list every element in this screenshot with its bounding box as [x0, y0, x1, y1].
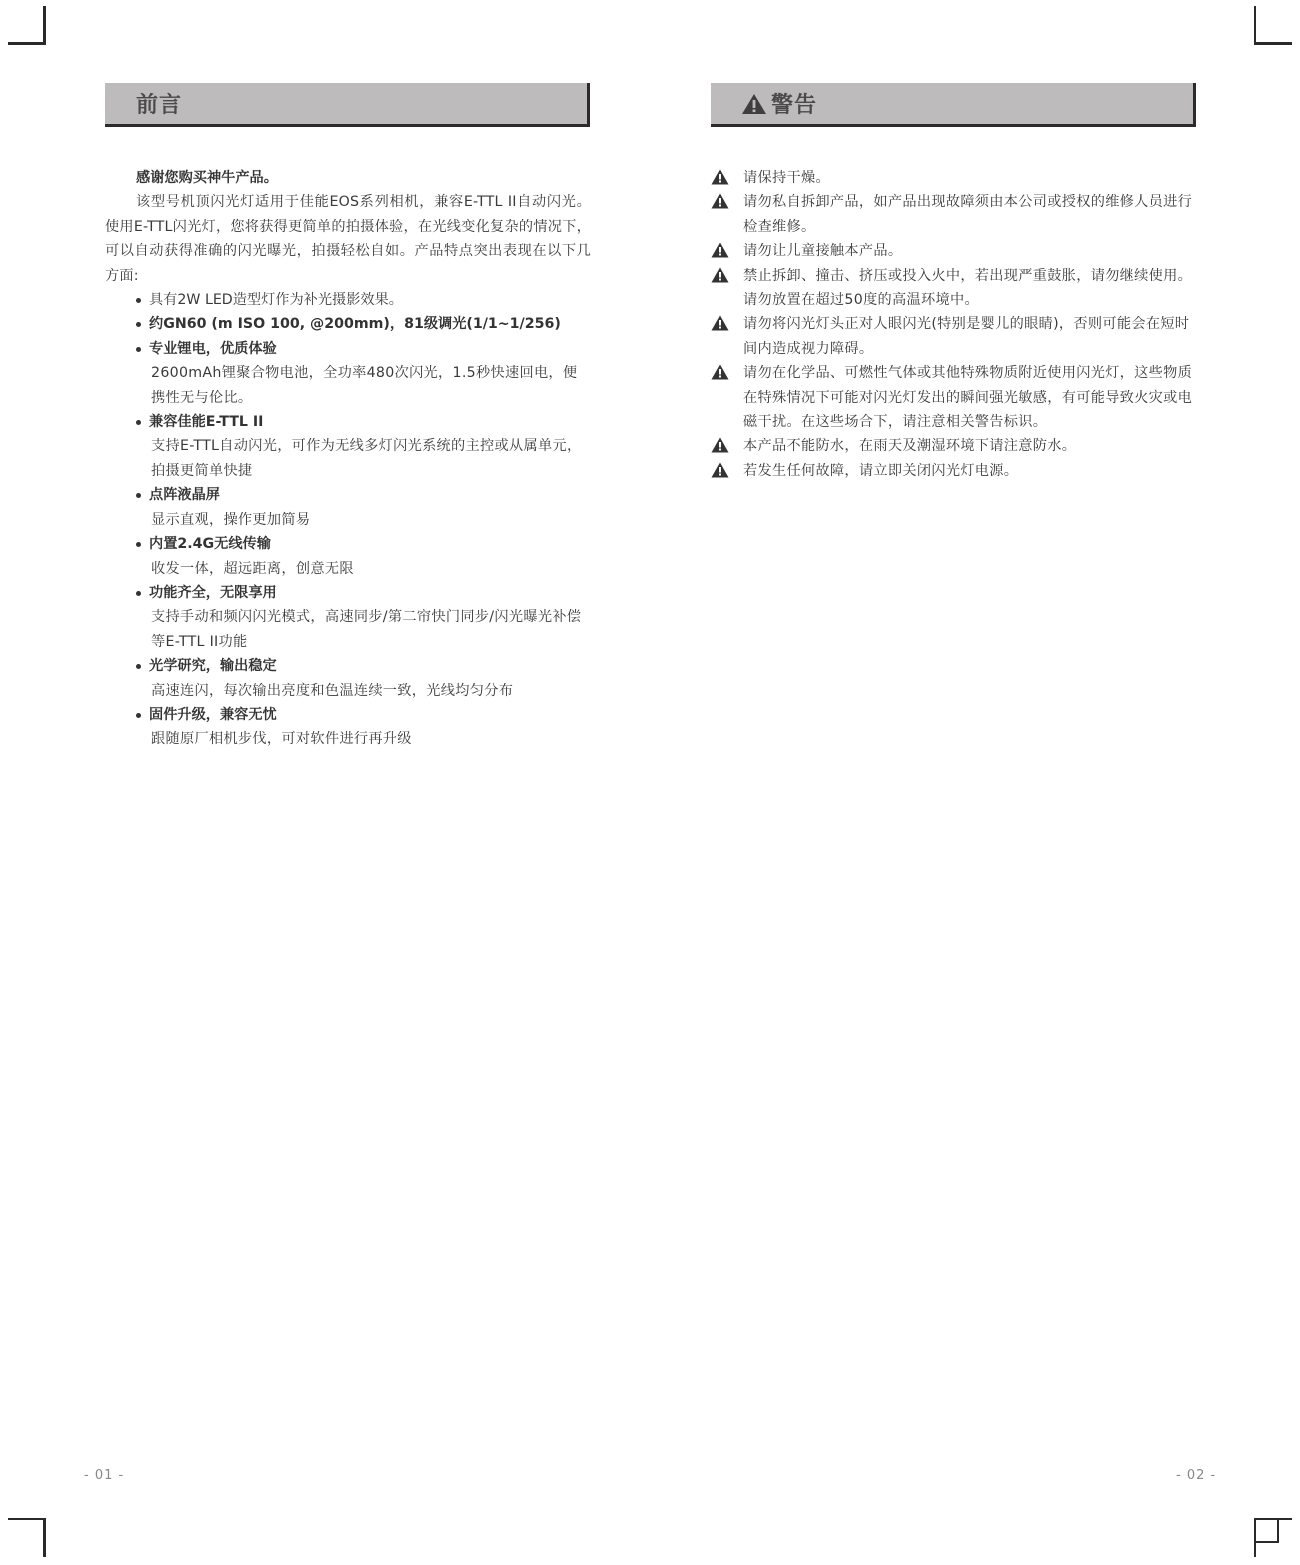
warning-text: 请保持干燥。: [743, 170, 830, 186]
feature-title: 点阵液晶屏: [149, 483, 591, 507]
bullet-icon: [136, 591, 141, 596]
bullet-icon: [136, 322, 141, 327]
crop-mark-bottom-right-box-v: [1277, 1518, 1279, 1542]
intro-paragraph: 该型号机顶闪光灯适用于佳能EOS系列相机，兼容E-TTL II自动闪光。使用E-…: [105, 190, 591, 288]
bullet-icon: [136, 298, 141, 303]
feature-title: 专业锂电，优质体验: [149, 337, 591, 361]
warning-title: 警告: [771, 88, 817, 119]
warning-item: 本产品不能防水，在雨天及潮湿环境下请注意防水。: [711, 434, 1197, 458]
crop-mark-bottom-right-v: [1254, 1518, 1256, 1557]
warning-triangle-icon: [741, 93, 767, 115]
feature-title: 具有2W LED造型灯作为补光摄影效果。: [149, 288, 591, 312]
feature-item: 约GN60 (m ISO 100, @200mm)，81级调光(1/1~1/25…: [105, 312, 591, 336]
feature-item: 固件升级，兼容无忧 跟随原厂相机步伐，可对软件进行再升级: [105, 703, 591, 752]
warning-text: 禁止拆卸、撞击、挤压或投入火中，若出现严重鼓胀，请勿继续使用。请勿放置在超过50…: [743, 268, 1192, 308]
warning-item: 请勿在化学品、可燃性气体或其他特殊物质附近使用闪光灯，这些物质在特殊情况下可能对…: [711, 361, 1197, 434]
preface-content: 感谢您购买神牛产品。 该型号机顶闪光灯适用于佳能EOS系列相机，兼容E-TTL …: [105, 166, 591, 752]
page-number-right: - 02 -: [1176, 1468, 1216, 1483]
intro-title: 感谢您购买神牛产品。: [105, 166, 591, 190]
warning-item: 禁止拆卸、撞击、挤压或投入火中，若出现严重鼓胀，请勿继续使用。请勿放置在超过50…: [711, 264, 1197, 313]
warning-item: 请勿将闪光灯头正对人眼闪光(特别是婴儿的眼睛)，否则可能会在短时间内造成视力障碍…: [711, 312, 1197, 361]
warning-text: 本产品不能防水，在雨天及潮湿环境下请注意防水。: [743, 438, 1076, 454]
feature-item: 光学研究，输出稳定 高速连闪，每次输出亮度和色温连续一致，光线均匀分布: [105, 654, 591, 703]
feature-item: 功能齐全，无限享用 支持手动和频闪闪光模式，高速同步/第二帘快门同步/闪光曝光补…: [105, 581, 591, 654]
warning-text: 请勿在化学品、可燃性气体或其他特殊物质附近使用闪光灯，这些物质在特殊情况下可能对…: [743, 365, 1192, 430]
warning-triangle-icon: [711, 315, 729, 331]
warning-item: 若发生任何故障，请立即关闭闪光灯电源。: [711, 459, 1197, 483]
warning-list: 请保持干燥。 请勿私自拆卸产品，如产品出现故障须由本公司或授权的维修人员进行检查…: [711, 166, 1197, 483]
warning-triangle-icon: [711, 364, 729, 380]
crop-mark-top-right-h: [1254, 42, 1292, 45]
feature-title: 约GN60 (m ISO 100, @200mm)，81级调光(1/1~1/25…: [149, 312, 591, 336]
warning-triangle-icon: [711, 267, 729, 283]
bullet-icon: [136, 664, 141, 669]
bullet-icon: [136, 542, 141, 547]
warning-triangle-icon: [711, 193, 729, 209]
feature-title: 内置2.4G无线传输: [149, 532, 591, 556]
feature-title: 光学研究，输出稳定: [149, 654, 591, 678]
crop-mark-bottom-left-h: [8, 1518, 46, 1520]
preface-title: 前言: [136, 88, 182, 119]
crop-mark-top-right-v: [1254, 6, 1256, 45]
feature-description: 支持E-TTL自动闪光，可作为无线多灯闪光系统的主控或从属单元，拍摄更简单快捷: [149, 434, 591, 483]
feature-description: 支持手动和频闪闪光模式，高速同步/第二帘快门同步/闪光曝光补偿等E-TTL II…: [149, 605, 591, 654]
warning-triangle-icon: [711, 462, 729, 478]
feature-description: 显示直观，操作更加简易: [149, 508, 591, 532]
crop-mark-bottom-right-h1: [1254, 1518, 1292, 1520]
warning-item: 请勿让儿童接触本产品。: [711, 239, 1197, 263]
crop-mark-top-left-v: [43, 6, 46, 45]
warning-text: 请勿私自拆卸产品，如产品出现故障须由本公司或授权的维修人员进行检查维修。: [743, 194, 1192, 234]
warning-text: 请勿让儿童接触本产品。: [743, 243, 902, 259]
warning-content: 请保持干燥。 请勿私自拆卸产品，如产品出现故障须由本公司或授权的维修人员进行检查…: [711, 166, 1197, 483]
warning-text: 若发生任何故障，请立即关闭闪光灯电源。: [743, 463, 1018, 479]
page-number-left: - 01 -: [84, 1468, 124, 1483]
feature-item: 专业锂电，优质体验 2600mAh锂聚合物电池，全功率480次闪光，1.5秒快速…: [105, 337, 591, 410]
bullet-icon: [136, 420, 141, 425]
warning-text: 请勿将闪光灯头正对人眼闪光(特别是婴儿的眼睛)，否则可能会在短时间内造成视力障碍…: [743, 316, 1189, 356]
feature-list: 具有2W LED造型灯作为补光摄影效果。 约GN60 (m ISO 100, @…: [105, 288, 591, 752]
feature-title: 兼容佳能E-TTL II: [149, 410, 591, 434]
feature-item: 内置2.4G无线传输 收发一体，超远距离，创意无限: [105, 532, 591, 581]
crop-mark-bottom-left-v: [43, 1518, 46, 1557]
feature-description: 高速连闪，每次输出亮度和色温连续一致，光线均匀分布: [149, 679, 591, 703]
crop-mark-bottom-right-box-h: [1254, 1541, 1279, 1543]
warning-item: 请勿私自拆卸产品，如产品出现故障须由本公司或授权的维修人员进行检查维修。: [711, 190, 1197, 239]
warning-item: 请保持干燥。: [711, 166, 1197, 190]
warning-header: 警告: [711, 83, 1196, 127]
feature-item: 点阵液晶屏 显示直观，操作更加简易: [105, 483, 591, 532]
feature-item: 兼容佳能E-TTL II 支持E-TTL自动闪光，可作为无线多灯闪光系统的主控或…: [105, 410, 591, 483]
feature-item: 具有2W LED造型灯作为补光摄影效果。: [105, 288, 591, 312]
feature-title: 功能齐全，无限享用: [149, 581, 591, 605]
warning-triangle-icon: [711, 169, 729, 185]
bullet-icon: [136, 493, 141, 498]
bullet-icon: [136, 347, 141, 352]
feature-description: 收发一体，超远距离，创意无限: [149, 557, 591, 581]
bullet-icon: [136, 713, 141, 718]
preface-header: 前言: [105, 83, 590, 127]
crop-mark-top-left-h: [8, 42, 46, 45]
feature-description: 2600mAh锂聚合物电池，全功率480次闪光，1.5秒快速回电，便携性无与伦比…: [149, 361, 591, 410]
warning-triangle-icon: [711, 242, 729, 258]
feature-description: 跟随原厂相机步伐，可对软件进行再升级: [149, 727, 591, 751]
feature-title: 固件升级，兼容无忧: [149, 703, 591, 727]
warning-triangle-icon: [711, 437, 729, 453]
